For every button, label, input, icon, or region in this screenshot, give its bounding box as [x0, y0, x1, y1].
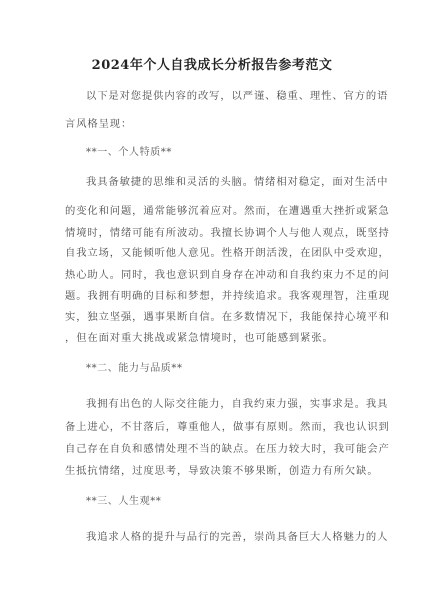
- document-title: 2024年个人自我成长分析报告参考范文: [0, 54, 424, 73]
- paragraph-line: 情境时，情绪可能有所波动。我擅长协调个人与他人观点，既坚持: [65, 226, 357, 240]
- paragraph-line: 自己存在自负和感情处理不当的缺点。在压力较大时，我可能会产: [65, 442, 357, 456]
- paragraph-line: 我具备敏捷的思维和灵活的头脑。情绪相对稳定，面对生活中: [86, 175, 378, 189]
- paragraph-line: 自我立场，又能倾听他人意见。性格开朗活泼，在团队中受欢迎，: [65, 246, 357, 260]
- paragraph-line: 生抵抗情绪，过度思考，导致决策不够果断，创造力有所欠缺。: [65, 464, 357, 478]
- intro-line: 以下是对您提供内容的改写，以严谨、稳重、理性、官方的语: [86, 89, 378, 103]
- section-heading-3: **三、人生观**: [86, 495, 378, 509]
- section-heading-2: **二、能力与品质**: [86, 362, 378, 376]
- paragraph-line: 我拥有出色的人际交往能力，自我约束力强，实事求是。我具: [86, 397, 378, 411]
- paragraph-line: 实，独立坚强，遇事果断自信。在多数情况下，我能保持心境平和: [65, 310, 357, 324]
- intro-line: 言风格呈现：: [65, 117, 357, 131]
- paragraph-line: 的变化和问题，通常能够沉着应对。然而，在遭遇重大挫折或紧急: [65, 204, 357, 218]
- document-page: 2024年个人自我成长分析报告参考范文 以下是对您提供内容的改写，以严谨、稳重、…: [0, 0, 424, 600]
- section-heading-1: **一、个人特质**: [86, 146, 378, 160]
- paragraph-line: 题。我拥有明确的目标和梦想，并持续追求。我客观理智，注重现: [65, 289, 357, 303]
- paragraph-line: 备上进心，不甘落后，尊重他人，做事有原则。然而，我也认识到: [65, 420, 357, 434]
- paragraph-line: ，但在面对重大挑战或紧急情境时，也可能感到紧张。: [65, 331, 357, 345]
- paragraph-line: 热心助人。同时，我也意识到自身存在冲动和自我约束力不足的问: [65, 268, 357, 282]
- paragraph-line: 我追求人格的提升与品行的完善，崇尚具备巨大人格魅力的人: [86, 530, 378, 544]
